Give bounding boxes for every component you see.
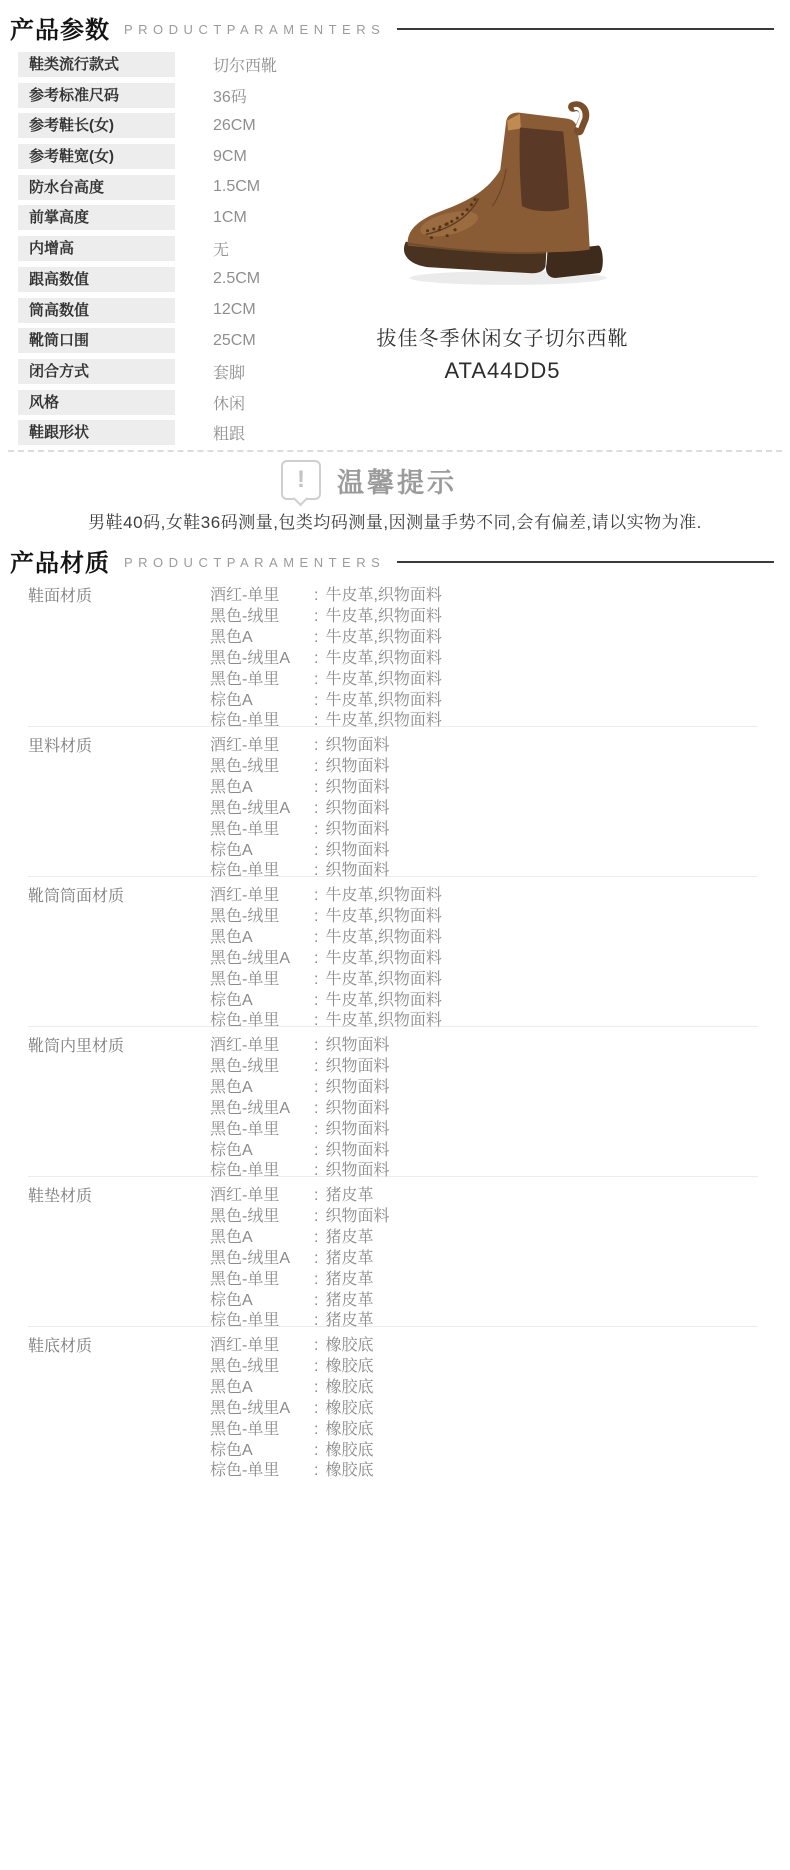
material-item: 黑色A:织物面料 (210, 778, 758, 799)
material-item: 黑色A:牛皮革,织物面料 (210, 928, 758, 949)
material-value: 猪皮革 (325, 1291, 373, 1312)
material-value: 牛皮革,织物面料 (325, 649, 441, 670)
material-item: 黑色-绒里:织物面料 (210, 1057, 758, 1078)
param-value: 粗跟 (213, 421, 245, 444)
header-rule (397, 28, 774, 30)
material-variant: 黑色A (210, 1078, 314, 1099)
material-items: 酒红-单里:织物面料黑色-绒里:织物面料黑色A:织物面料黑色-绒里A:织物面料黑… (210, 736, 758, 882)
material-variant: 棕色-单里 (210, 1461, 314, 1482)
colon-separator: : (314, 1120, 318, 1141)
material-variant: 棕色A (210, 991, 314, 1012)
notice-text: 男鞋40码,女鞋36码测量,包类均码测量,因测量手势不同,会有偏差,请以实物为准… (0, 508, 790, 533)
param-row: 内增高无 (18, 236, 378, 261)
material-variant: 黑色-单里 (210, 1120, 314, 1141)
param-label: 参考鞋长(女) (18, 113, 175, 138)
material-item: 黑色A:牛皮革,织物面料 (210, 628, 758, 649)
material-item: 棕色A:牛皮革,织物面料 (210, 991, 758, 1012)
param-label: 鞋类流行款式 (18, 52, 175, 77)
exclamation-mark: ! (297, 466, 305, 494)
colon-separator: : (314, 736, 318, 757)
material-item: 棕色A:织物面料 (210, 841, 758, 862)
colon-separator: : (314, 1441, 318, 1462)
material-group-label: 鞋底材质 (28, 1336, 210, 1357)
param-label: 鞋跟形状 (18, 420, 175, 445)
material-value: 织物面料 (325, 841, 389, 862)
material-item: 黑色-绒里A:猪皮革 (210, 1249, 758, 1270)
material-variant: 棕色-单里 (210, 1311, 314, 1332)
material-variant: 棕色-单里 (210, 1161, 314, 1182)
material-variant: 黑色-单里 (210, 1420, 314, 1441)
param-row: 鞋跟形状粗跟 (18, 420, 378, 445)
material-item: 黑色-绒里:织物面料 (210, 757, 758, 778)
material-item: 黑色-绒里:牛皮革,织物面料 (210, 607, 758, 628)
colon-separator: : (314, 1207, 318, 1228)
material-item: 棕色A:织物面料 (210, 1141, 758, 1162)
product-model: ATA44DD5 (345, 358, 660, 384)
param-row: 风格休闲 (18, 390, 378, 415)
notice-title: 温馨提示 (337, 461, 457, 500)
material-value: 橡胶底 (325, 1336, 373, 1357)
material-variant: 黑色-绒里A (210, 949, 314, 970)
section-subtitle: PRODUCTPARAMENTERS (124, 22, 385, 37)
material-value: 织物面料 (325, 1207, 389, 1228)
material-value: 牛皮革,织物面料 (325, 928, 441, 949)
param-value: 26CM (213, 117, 256, 135)
material-value: 牛皮革,织物面料 (325, 991, 441, 1012)
material-group-label: 鞋垫材质 (28, 1186, 210, 1207)
material-item: 酒红-单里:织物面料 (210, 736, 758, 757)
material-variant: 黑色A (210, 928, 314, 949)
material-value: 牛皮革,织物面料 (325, 711, 441, 732)
param-label: 跟高数值 (18, 267, 175, 292)
material-variant: 黑色-绒里A (210, 1399, 314, 1420)
colon-separator: : (314, 1228, 318, 1249)
colon-separator: : (314, 1357, 318, 1378)
material-item: 黑色A:织物面料 (210, 1078, 758, 1099)
material-value: 织物面料 (325, 1057, 389, 1078)
material-variant: 黑色-绒里 (210, 1057, 314, 1078)
material-variant: 棕色A (210, 841, 314, 862)
material-item: 棕色-单里:织物面料 (210, 1161, 758, 1182)
colon-separator: : (314, 1291, 318, 1312)
colon-separator: : (314, 1141, 318, 1162)
material-group: 鞋底材质酒红-单里:橡胶底黑色-绒里:橡胶底黑色A:橡胶底黑色-绒里A:橡胶底黑… (28, 1326, 758, 1483)
material-value: 牛皮革,织物面料 (325, 886, 441, 907)
material-variant: 黑色-单里 (210, 970, 314, 991)
material-value: 织物面料 (325, 1099, 389, 1120)
material-variant: 棕色-单里 (210, 861, 314, 882)
param-label: 风格 (18, 390, 175, 415)
material-item: 棕色A:牛皮革,织物面料 (210, 691, 758, 712)
colon-separator: : (314, 928, 318, 949)
colon-separator: : (314, 1461, 318, 1482)
material-value: 织物面料 (325, 736, 389, 757)
colon-separator: : (314, 1099, 318, 1120)
param-value: 无 (213, 237, 229, 260)
colon-separator: : (314, 757, 318, 778)
material-item: 棕色-单里:橡胶底 (210, 1461, 758, 1482)
colon-separator: : (314, 1336, 318, 1357)
material-variant: 棕色A (210, 1291, 314, 1312)
material-variant: 酒红-单里 (210, 1036, 314, 1057)
param-row: 靴筒口围25CM (18, 328, 378, 353)
colon-separator: : (314, 1311, 318, 1332)
material-items: 酒红-单里:牛皮革,织物面料黑色-绒里:牛皮革,织物面料黑色A:牛皮革,织物面料… (210, 586, 758, 732)
material-value: 橡胶底 (325, 1399, 373, 1420)
colon-separator: : (314, 991, 318, 1012)
material-value: 织物面料 (325, 1161, 389, 1182)
material-value: 牛皮革,织物面料 (325, 907, 441, 928)
material-item: 黑色-绒里A:织物面料 (210, 799, 758, 820)
param-value: 2.5CM (213, 270, 260, 288)
param-value: 套脚 (213, 360, 245, 383)
material-group: 靴筒内里材质酒红-单里:织物面料黑色-绒里:织物面料黑色A:织物面料黑色-绒里A… (28, 1026, 758, 1183)
colon-separator: : (314, 628, 318, 649)
material-item: 黑色A:猪皮革 (210, 1228, 758, 1249)
material-variant: 棕色-单里 (210, 711, 314, 732)
material-value: 牛皮革,织物面料 (325, 949, 441, 970)
material-group: 鞋面材质酒红-单里:牛皮革,织物面料黑色-绒里:牛皮革,织物面料黑色A:牛皮革,… (28, 586, 758, 733)
material-item: 黑色-绒里:橡胶底 (210, 1357, 758, 1378)
notice-header: ! 温馨提示 (0, 460, 764, 500)
material-value: 织物面料 (325, 799, 389, 820)
product-photo-chelsea-boot (398, 84, 634, 291)
param-row: 跟高数值2.5CM (18, 267, 378, 292)
param-value: 1.5CM (213, 178, 260, 196)
material-variant: 黑色-绒里A (210, 1099, 314, 1120)
material-group: 鞋垫材质酒红-单里:猪皮革黑色-绒里:织物面料黑色A:猪皮革黑色-绒里A:猪皮革… (28, 1176, 758, 1333)
material-group-label: 靴筒筒面材质 (28, 886, 210, 907)
material-group-label: 靴筒内里材质 (28, 1036, 210, 1057)
material-value: 织物面料 (325, 757, 389, 778)
colon-separator: : (314, 586, 318, 607)
colon-separator: : (314, 820, 318, 841)
material-value: 橡胶底 (325, 1357, 373, 1378)
param-row: 闭合方式套脚 (18, 359, 378, 384)
material-item: 酒红-单里:牛皮革,织物面料 (210, 586, 758, 607)
param-label: 筒高数值 (18, 298, 175, 323)
material-group: 里料材质酒红-单里:织物面料黑色-绒里:织物面料黑色A:织物面料黑色-绒里A:织… (28, 726, 758, 883)
param-row: 前掌高度1CM (18, 205, 378, 230)
colon-separator: : (314, 799, 318, 820)
material-item: 黑色-单里:猪皮革 (210, 1270, 758, 1291)
colon-separator: : (314, 1057, 318, 1078)
material-value: 猪皮革 (325, 1249, 373, 1270)
material-variant: 酒红-单里 (210, 1336, 314, 1357)
material-item: 黑色-单里:橡胶底 (210, 1420, 758, 1441)
section-title: 产品材质 (10, 543, 110, 578)
material-item: 棕色-单里:织物面料 (210, 861, 758, 882)
material-variant: 黑色-绒里 (210, 607, 314, 628)
material-value: 牛皮革,织物面料 (325, 970, 441, 991)
colon-separator: : (314, 649, 318, 670)
material-item: 棕色A:猪皮革 (210, 1291, 758, 1312)
material-value: 牛皮革,织物面料 (325, 670, 441, 691)
material-variant: 酒红-单里 (210, 736, 314, 757)
material-value: 猪皮革 (325, 1186, 373, 1207)
material-variant: 黑色A (210, 1228, 314, 1249)
colon-separator: : (314, 1378, 318, 1399)
material-value: 猪皮革 (325, 1270, 373, 1291)
header-rule (397, 561, 774, 563)
material-item: 棕色A:橡胶底 (210, 1441, 758, 1462)
section-title: 产品参数 (10, 10, 110, 45)
material-item: 黑色-单里:织物面料 (210, 820, 758, 841)
material-variant: 黑色-单里 (210, 820, 314, 841)
material-value: 猪皮革 (325, 1311, 373, 1332)
boot-elastic-panel (520, 128, 570, 212)
param-value: 12CM (213, 301, 256, 319)
colon-separator: : (314, 1011, 318, 1032)
param-label: 前掌高度 (18, 205, 175, 230)
material-value: 橡胶底 (325, 1461, 373, 1482)
colon-separator: : (314, 1270, 318, 1291)
material-variant: 棕色A (210, 1441, 314, 1462)
param-value: 9CM (213, 148, 247, 166)
material-variant: 黑色A (210, 1378, 314, 1399)
material-value: 织物面料 (325, 1078, 389, 1099)
material-variant: 黑色A (210, 778, 314, 799)
material-variant: 黑色-绒里A (210, 1249, 314, 1270)
colon-separator: : (314, 1078, 318, 1099)
material-variant: 酒红-单里 (210, 886, 314, 907)
materials-list: 鞋面材质酒红-单里:牛皮革,织物面料黑色-绒里:牛皮革,织物面料黑色A:牛皮革,… (28, 586, 758, 1486)
product-name: 拔佳冬季休闲女子切尔西靴 (345, 322, 660, 351)
param-label: 靴筒口围 (18, 328, 175, 353)
material-item: 黑色-绒里A:橡胶底 (210, 1399, 758, 1420)
param-row: 参考鞋宽(女)9CM (18, 144, 378, 169)
material-items: 酒红-单里:猪皮革黑色-绒里:织物面料黑色A:猪皮革黑色-绒里A:猪皮革黑色-单… (210, 1186, 758, 1332)
material-value: 猪皮革 (325, 1228, 373, 1249)
colon-separator: : (314, 1249, 318, 1270)
material-variant: 酒红-单里 (210, 586, 314, 607)
dashed-divider (8, 450, 782, 452)
material-variant: 黑色-绒里A (210, 649, 314, 670)
material-item: 黑色-单里:牛皮革,织物面料 (210, 670, 758, 691)
material-variant: 黑色-绒里 (210, 907, 314, 928)
material-variant: 酒红-单里 (210, 1186, 314, 1207)
colon-separator: : (314, 841, 318, 862)
bubble-tail (293, 491, 309, 507)
material-item: 酒红-单里:织物面料 (210, 1036, 758, 1057)
param-value: 切尔西靴 (213, 53, 277, 76)
material-variant: 棕色A (210, 691, 314, 712)
colon-separator: : (314, 861, 318, 882)
material-variant: 黑色-绒里A (210, 799, 314, 820)
material-variant: 黑色A (210, 628, 314, 649)
section-header-materials: 产品材质 PRODUCTPARAMENTERS (10, 543, 774, 578)
param-value: 休闲 (213, 391, 245, 414)
colon-separator: : (314, 886, 318, 907)
param-label: 参考标准尺码 (18, 83, 175, 108)
material-value: 牛皮革,织物面料 (325, 691, 441, 712)
material-item: 酒红-单里:牛皮革,织物面料 (210, 886, 758, 907)
material-value: 橡胶底 (325, 1420, 373, 1441)
material-value: 牛皮革,织物面料 (325, 1011, 441, 1032)
material-group-label: 鞋面材质 (28, 586, 210, 607)
param-label: 防水台高度 (18, 175, 175, 200)
colon-separator: : (314, 1036, 318, 1057)
param-row: 鞋类流行款式切尔西靴 (18, 52, 378, 77)
material-item: 黑色-绒里A:牛皮革,织物面料 (210, 949, 758, 970)
material-group: 靴筒筒面材质酒红-单里:牛皮革,织物面料黑色-绒里:牛皮革,织物面料黑色A:牛皮… (28, 876, 758, 1033)
material-item: 黑色-单里:织物面料 (210, 1120, 758, 1141)
params-table: 鞋类流行款式切尔西靴参考标准尺码36码参考鞋长(女)26CM参考鞋宽(女)9CM… (18, 52, 378, 451)
material-value: 织物面料 (325, 861, 389, 882)
material-variant: 棕色A (210, 1141, 314, 1162)
material-item: 黑色A:橡胶底 (210, 1378, 758, 1399)
colon-separator: : (314, 778, 318, 799)
colon-separator: : (314, 949, 318, 970)
colon-separator: : (314, 670, 318, 691)
material-value: 牛皮革,织物面料 (325, 607, 441, 628)
material-value: 织物面料 (325, 1141, 389, 1162)
material-value: 橡胶底 (325, 1378, 373, 1399)
param-label: 参考鞋宽(女) (18, 144, 175, 169)
param-value: 25CM (213, 332, 256, 350)
colon-separator: : (314, 1399, 318, 1420)
material-items: 酒红-单里:牛皮革,织物面料黑色-绒里:牛皮革,织物面料黑色A:牛皮革,织物面料… (210, 886, 758, 1032)
colon-separator: : (314, 711, 318, 732)
param-value: 1CM (213, 209, 247, 227)
param-row: 防水台高度1.5CM (18, 175, 378, 200)
param-row: 筒高数值12CM (18, 298, 378, 323)
material-variant: 黑色-单里 (210, 670, 314, 691)
material-value: 织物面料 (325, 778, 389, 799)
material-item: 棕色-单里:牛皮革,织物面料 (210, 1011, 758, 1032)
colon-separator: : (314, 607, 318, 628)
material-item: 酒红-单里:橡胶底 (210, 1336, 758, 1357)
param-label: 内增高 (18, 236, 175, 261)
material-value: 织物面料 (325, 1120, 389, 1141)
param-row: 参考鞋长(女)26CM (18, 113, 378, 138)
param-row: 参考标准尺码36码 (18, 83, 378, 108)
colon-separator: : (314, 1161, 318, 1182)
material-variant: 黑色-单里 (210, 1270, 314, 1291)
material-variant: 黑色-绒里 (210, 1207, 314, 1228)
colon-separator: : (314, 691, 318, 712)
material-group-label: 里料材质 (28, 736, 210, 757)
material-value: 织物面料 (325, 820, 389, 841)
colon-separator: : (314, 970, 318, 991)
material-item: 黑色-绒里:牛皮革,织物面料 (210, 907, 758, 928)
colon-separator: : (314, 1420, 318, 1441)
exclamation-bubble-icon: ! (281, 460, 321, 500)
param-label: 闭合方式 (18, 359, 175, 384)
material-item: 棕色-单里:牛皮革,织物面料 (210, 711, 758, 732)
material-value: 牛皮革,织物面料 (325, 628, 441, 649)
colon-separator: : (314, 907, 318, 928)
material-items: 酒红-单里:织物面料黑色-绒里:织物面料黑色A:织物面料黑色-绒里A:织物面料黑… (210, 1036, 758, 1182)
material-item: 黑色-单里:牛皮革,织物面料 (210, 970, 758, 991)
section-subtitle: PRODUCTPARAMENTERS (124, 555, 385, 570)
section-header-params: 产品参数 PRODUCTPARAMENTERS (10, 10, 774, 45)
material-item: 酒红-单里:猪皮革 (210, 1186, 758, 1207)
param-value: 36码 (213, 84, 247, 107)
material-item: 棕色-单里:猪皮革 (210, 1311, 758, 1332)
colon-separator: : (314, 1186, 318, 1207)
material-value: 织物面料 (325, 1036, 389, 1057)
material-variant: 黑色-绒里 (210, 1357, 314, 1378)
material-item: 黑色-绒里:织物面料 (210, 1207, 758, 1228)
material-value: 橡胶底 (325, 1441, 373, 1462)
material-item: 黑色-绒里A:织物面料 (210, 1099, 758, 1120)
material-items: 酒红-单里:橡胶底黑色-绒里:橡胶底黑色A:橡胶底黑色-绒里A:橡胶底黑色-单里… (210, 1336, 758, 1482)
material-value: 牛皮革,织物面料 (325, 586, 441, 607)
material-variant: 棕色-单里 (210, 1011, 314, 1032)
material-variant: 黑色-绒里 (210, 757, 314, 778)
material-item: 黑色-绒里A:牛皮革,织物面料 (210, 649, 758, 670)
